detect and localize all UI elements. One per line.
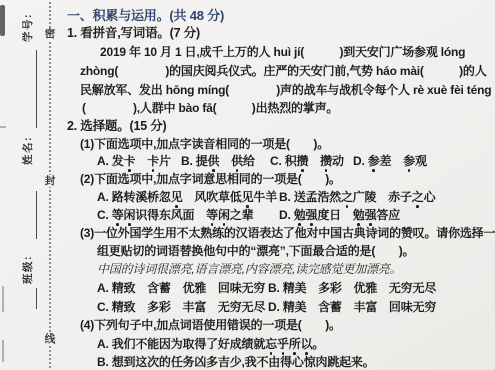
fold-mark [2,286,4,312]
scan-smudge [0,5,5,36]
option-a: A. 发卡 卡片 [97,154,171,169]
q2-title: 2. 选择题。(15 分) [67,119,167,134]
student-name-fill-line [36,191,37,239]
q1-passage-line: 民解放军、发出 hōng míng( )声的战车与战机令每个人 rè xuè f… [80,83,491,98]
option-c: C. 等闲识得东风面 等闲之辈 [97,208,253,223]
option-b: B. 精美 多彩 优雅 无穷无尽 [268,281,436,296]
exam-paper-scan: { "colors": { "heading": "#2e4370", "tex… [0,0,495,370]
q1-passage-line: 2019 年 10 月 1 日,成千上万的人 huì jí( )到天安门广场参观… [100,45,465,60]
option-a: A. 路转溪桥忽见 风吹草低见牛羊 [97,190,277,205]
fold-mark [2,340,4,362]
fold-mark [0,126,6,128]
option-d: D. 参差 参观 [353,154,427,169]
student-id-label: 学号: [20,13,35,42]
q2-4-stem: (4)下列句子中,加点词语使用错误的一项是( )。 [80,318,341,333]
option-b: B. 送孟浩然之广陵 赤子之心 [279,190,435,205]
q1-passage-line: zhòng( )的国庆阅兵仪式。庄严的天安门前,气势 háo mài( )的人 [80,64,487,79]
option-c: C. 积攒 攒动 [270,154,344,169]
option-c: C. 精致 多彩 丰富 无穷无尽 [97,300,265,315]
option-d: D. 勉强度日 勉强答应 [279,208,400,223]
q2-3-quoted-sentence: 中国的诗词很漂亮,语言漂亮,内容漂亮,读完感觉更加漂亮。 [97,262,401,277]
section-title: 一、积累与运用。(共 48 分) [67,8,224,23]
q2-1-stem: (1)下面选项中,加点字读音相同的一项是( )。 [80,137,329,152]
q2-4-option-a: A. 我们不能因为取得了好成绩就忘乎所以。 [97,337,324,352]
option-b: B. 提供 供给 [181,154,255,169]
class-fill-line [36,288,37,309]
student-id-fill-line [36,50,37,128]
option-a: A. 精致 含蓄 优雅 回味无穷 [97,281,265,296]
seal-char-feng: 封 [43,175,57,187]
seal-char-xian: 线 [43,333,57,345]
q2-3-stem-line1: (3)一位外国学生用不太熟练的汉语表达了他对中国古典诗词的赞叹。请你选择一 [80,226,495,241]
seal-char-mi: 密 [43,28,57,40]
class-label: 班级: [20,255,35,284]
q2-3-stem-line2: 组更贴切的词语替换他句中的“漂亮”,下面最合适的是( )。 [97,244,414,259]
student-name-label: 姓名: [20,136,35,165]
q1-passage-line: ( ),人群中 bào fā( )出热烈的掌声。 [82,101,338,116]
q1-title: 1. 看拼音,写词语。(7 分) [67,26,200,41]
option-d: D. 精美 含蓄 丰富 回味无穷 [268,300,436,315]
q2-2-stem: (2)下面选项中,加点字词意思相同的一项是( )。 [80,172,341,187]
q2-4-option-b: B. 想到这次的任务凶多吉少,我不由得心惊肉跳起来。 [97,355,375,370]
